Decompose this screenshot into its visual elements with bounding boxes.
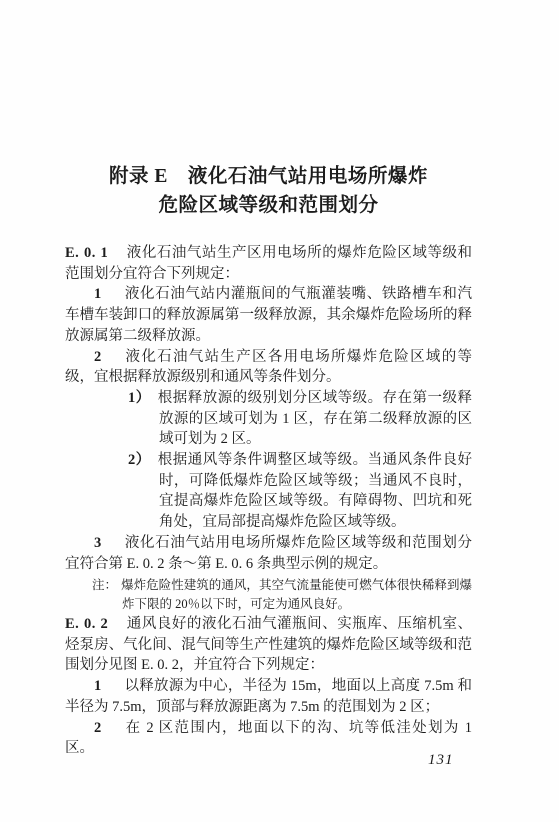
appendix-title: 附录 E 液化石油气站用电场所爆炸 危险区域等级和范围划分: [65, 162, 472, 220]
scanned-document-page: 附录 E 液化石油气站用电场所爆炸 危险区域等级和范围划分 E. 0. 1液化石…: [0, 0, 559, 822]
clause-note: 注：爆炸危险性建筑的通风，其空气流量能使可燃气体很快稀释到爆炸下限的 20％以下…: [65, 576, 472, 613]
item-1-number: 1: [94, 286, 101, 302]
clause-e-0-2-item-2: 2在 2 区范围内，地面以下的沟、坑等低洼处划为 1 区。: [65, 718, 472, 759]
appendix-title-line-2: 危险区域等级和范围划分: [65, 191, 472, 220]
item-1-text: 液化石油气站内灌瓶间的气瓶灌装嘴、铁路槽车和汽车槽车装卸口的释放源属第一级释放源…: [65, 286, 472, 343]
appendix-title-line-1: 附录 E 液化石油气站用电场所爆炸: [65, 162, 472, 191]
e02-item-1-number: 1: [94, 678, 101, 694]
item-2-number: 2: [94, 349, 101, 365]
e02-item-1-text: 以释放源为中心，半径为 15m，地面以上高度 7.5m 和半径为 7.5m，顶部…: [65, 678, 472, 715]
subitem-1-text: 根据释放源的级别划分区域等级。存在第一级释放源的区域可划为 1 区，存在第二级释…: [158, 390, 472, 447]
clause-e-0-1-text: 液化石油气站生产区用电场所的爆炸危险区域等级和范围划分宜符合下列规定：: [65, 245, 472, 282]
page-number: 131: [428, 752, 454, 769]
clause-e-0-1-item-3: 3液化石油气站用电场所爆炸危险区域等级和范围划分宜符合第 E. 0. 2 条～第…: [65, 533, 472, 574]
e02-item-2-number: 2: [94, 720, 101, 736]
clause-e-0-1-item-1: 1液化石油气站内灌瓶间的气瓶灌装嘴、铁路槽车和汽车槽车装卸口的释放源属第一级释放…: [65, 284, 472, 346]
e02-item-2-text: 在 2 区范围内，地面以下的沟、坑等低洼处划为 1 区。: [65, 720, 472, 757]
clause-e-0-1-label: E. 0. 1: [65, 245, 108, 261]
clause-e-0-2-label: E. 0. 2: [65, 616, 108, 632]
item-3-text: 液化石油气站用电场所爆炸危险区域等级和范围划分宜符合第 E. 0. 2 条～第 …: [65, 535, 472, 572]
text-block: 附录 E 液化石油气站用电场所爆炸 危险区域等级和范围划分 E. 0. 1液化石…: [65, 162, 472, 759]
note-label: 注：: [92, 578, 117, 592]
subitem-1-number: 1）: [128, 390, 151, 406]
item-3-number: 3: [94, 535, 101, 551]
clause-e-0-2-item-1: 1以释放源为中心，半径为 15m，地面以上高度 7.5m 和半径为 7.5m，顶…: [65, 676, 472, 717]
clause-e-0-1: E. 0. 1液化石油气站生产区用电场所的爆炸危险区域等级和范围划分宜符合下列规…: [65, 243, 472, 284]
clause-e-0-1-item-2: 2液化石油气站生产区各用电场所爆炸危险区域的等级，宜根据释放源级别和通风等条件划…: [65, 347, 472, 388]
subitem-2-number: 2）: [128, 452, 151, 468]
clause-e-0-2-text: 通风良好的液化石油气灌瓶间、实瓶库、压缩机室、烃泵房、气化间、混气间等生产性建筑…: [65, 616, 472, 673]
subitem-1: 1）根据释放源的级别划分区域等级。存在第一级释放源的区域可划为 1 区，存在第二…: [65, 388, 472, 450]
subitem-2-text: 根据通风等条件调整区域等级。当通风条件良好时，可降低爆炸危险区域等级；当通风不良…: [158, 452, 472, 530]
item-2-text: 液化石油气站生产区各用电场所爆炸危险区域的等级，宜根据释放源级别和通风等条件划分…: [65, 349, 472, 386]
clause-e-0-2: E. 0. 2通风良好的液化石油气灌瓶间、实瓶库、压缩机室、烃泵房、气化间、混气…: [65, 614, 472, 676]
note-text: 爆炸危险性建筑的通风，其空气流量能使可燃气体很快稀释到爆炸下限的 20％以下时，…: [121, 578, 472, 610]
body-text: E. 0. 1液化石油气站生产区用电场所的爆炸危险区域等级和范围划分宜符合下列规…: [65, 243, 472, 759]
subitem-2: 2）根据通风等条件调整区域等级。当通风条件良好时，可降低爆炸危险区域等级；当通风…: [65, 450, 472, 533]
